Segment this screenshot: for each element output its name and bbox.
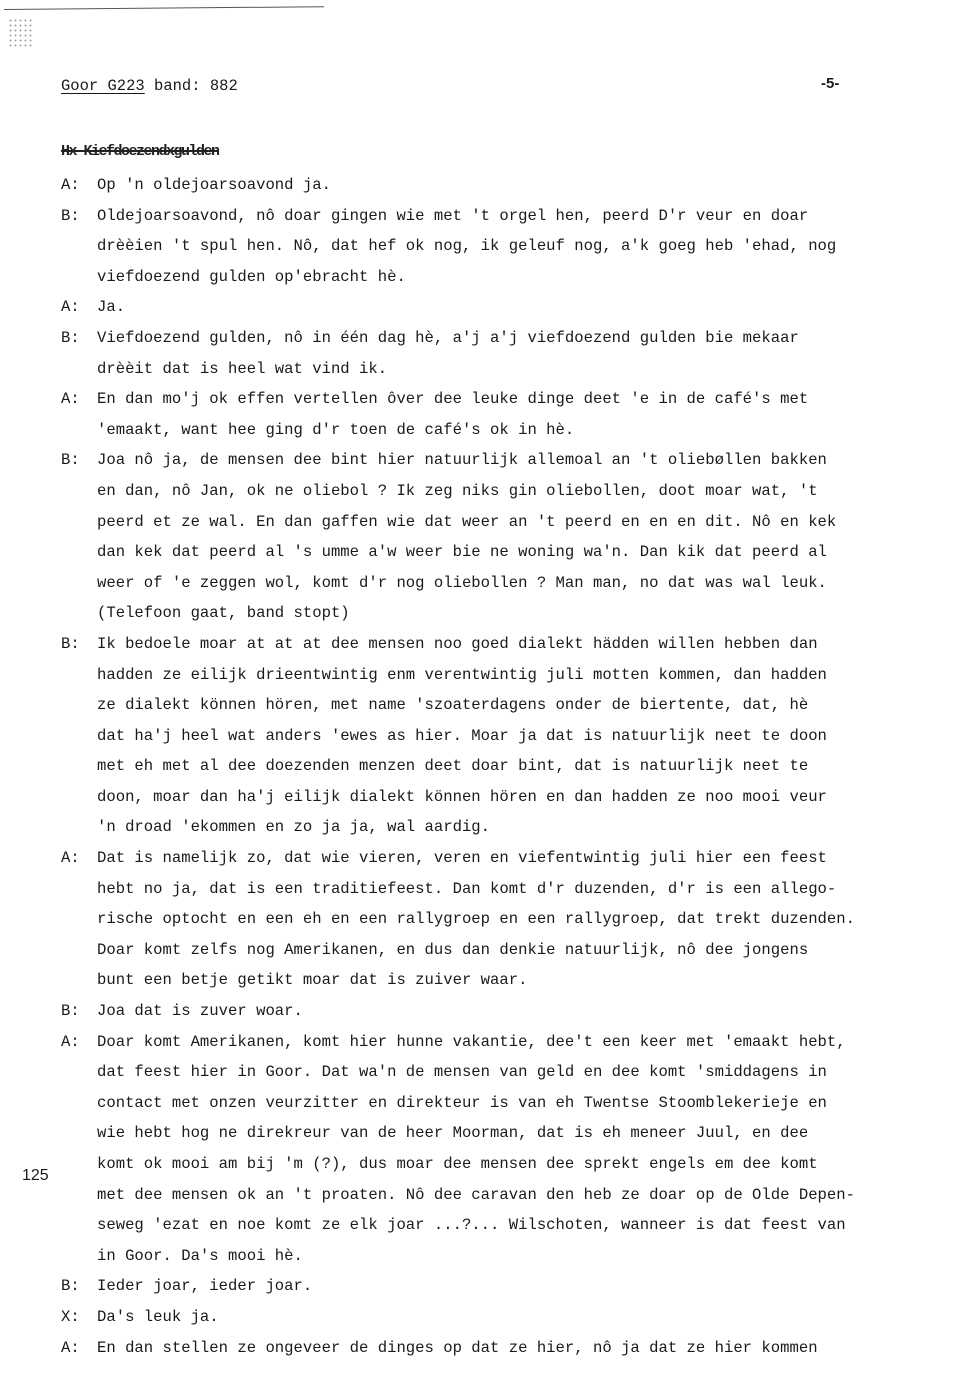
line-text: Da's leuk ja. <box>97 1308 219 1326</box>
line-text: met eh met al dee doezenden menzen deet … <box>97 757 808 775</box>
transcript-line: seweg 'ezat en noe komt ze elk joar ...?… <box>61 1210 961 1241</box>
transcript-line: dat ha'j heel wat anders 'ewes as hier. … <box>61 721 961 752</box>
line-text: 'emaakt, want hee ging d'r toen de café'… <box>97 421 574 439</box>
typewritten-page: Goor G223 band: 882 -5- Hx Kiefdoezendxg… <box>0 0 966 1390</box>
document-reference: Goor G223 <box>61 77 145 95</box>
transcript-line: B:Joa nô ja, de mensen dee bint hier nat… <box>61 445 961 476</box>
transcript-line: peerd et ze wal. En dan gaffen wie dat w… <box>61 507 961 538</box>
transcript-line: in Goor. Da's mooi hè. <box>61 1241 961 1272</box>
speaker-label: X: <box>61 1302 97 1333</box>
transcript-line: B:Ieder joar, ieder joar. <box>61 1271 961 1302</box>
line-text: viefdoezend gulden op'ebracht hè. <box>97 268 406 286</box>
transcript-line: B:Viefdoezend gulden, nô in één dag hè, … <box>61 323 961 354</box>
speaker-label: B: <box>61 201 97 232</box>
ink-speckle <box>8 18 34 48</box>
line-text: 'n droad 'ekommen en zo ja ja, wal aardi… <box>97 818 490 836</box>
transcript-line: en dan, nô Jan, ok ne oliebol ? Ik zeg n… <box>61 476 961 507</box>
line-text: seweg 'ezat en noe komt ze elk joar ...?… <box>97 1216 846 1234</box>
transcript-line: dat feest hier in Goor. Dat wa'n de mens… <box>61 1057 961 1088</box>
transcript-line: viefdoezend gulden op'ebracht hè. <box>61 262 961 293</box>
speaker-label: A: <box>61 1333 97 1364</box>
line-text: Joa nô ja, de mensen dee bint hier natuu… <box>97 451 827 469</box>
speaker-label: B: <box>61 1271 97 1302</box>
page-number: -5- <box>821 75 839 92</box>
transcript-line: A:En dan mo'j ok effen vertellen ôver de… <box>61 384 961 415</box>
transcript-line: komt ok mooi am bij 'm (?), dus moar dee… <box>61 1149 961 1180</box>
line-text: ze dialekt können hören, met name 'szoat… <box>97 696 808 714</box>
speaker-label: B: <box>61 629 97 660</box>
line-text: dat ha'j heel wat anders 'ewes as hier. … <box>97 727 827 745</box>
speaker-label: A: <box>61 843 97 874</box>
line-text: hadden ze eilijk drieentwintig enm veren… <box>97 666 827 684</box>
line-text: Doar komt zelfs nog Amerikanen, en dus d… <box>97 941 808 959</box>
line-text: Oldejoarsoavond, nô doar gingen wie met … <box>97 207 808 225</box>
transcript-line: hebt no ja, dat is een traditiefeest. Da… <box>61 874 961 905</box>
line-text: en dan, nô Jan, ok ne oliebol ? Ik zeg n… <box>97 482 818 500</box>
line-text: komt ok mooi am bij 'm (?), dus moar dee… <box>97 1155 818 1173</box>
line-text: En dan mo'j ok effen vertellen ôver dee … <box>97 390 808 408</box>
transcript-line: drèèit dat is heel wat vind ik. <box>61 354 961 385</box>
line-text: rische optocht en een eh en een rallygro… <box>97 910 855 928</box>
speaker-label: B: <box>61 445 97 476</box>
page-header: Goor G223 band: 882 -5- <box>61 77 966 101</box>
transcript-line: doon, moar dan ha'j eilijk dialekt könne… <box>61 782 961 813</box>
line-text: En dan stellen ze ongeveer de dinges op … <box>97 1339 818 1357</box>
line-text: drèèit dat is heel wat vind ik. <box>97 360 387 378</box>
line-text: Viefdoezend gulden, nô in één dag hè, a'… <box>97 329 799 347</box>
line-text: Ik bedoele moar at at at dee mensen noo … <box>97 635 818 653</box>
transcript-line: drèèien 't spul hen. Nô, dat hef ok nog,… <box>61 231 961 262</box>
band-label: band: <box>154 77 201 95</box>
transcript-line: Doar komt zelfs nog Amerikanen, en dus d… <box>61 935 961 966</box>
transcript-line: B:Oldejoarsoavond, nô doar gingen wie me… <box>61 201 961 232</box>
transcript-line: A:Doar komt Amerikanen, komt hier hunne … <box>61 1027 961 1058</box>
line-text: Doar komt Amerikanen, komt hier hunne va… <box>97 1033 846 1051</box>
top-rule-line <box>4 6 324 10</box>
line-text: wie hebt hog ne direkreur van de heer Mo… <box>97 1124 808 1142</box>
transcript-line: (Telefoon gaat, band stopt) <box>61 598 961 629</box>
transcript-line: met dee mensen ok an 't proaten. Nô dee … <box>61 1180 961 1211</box>
line-text: met dee mensen ok an 't proaten. Nô dee … <box>97 1186 855 1204</box>
transcript-line: X:Da's leuk ja. <box>61 1302 961 1333</box>
struck-out-line: Hx Kiefdoezendxgulden <box>61 143 219 160</box>
transcript-line: 'n droad 'ekommen en zo ja ja, wal aardi… <box>61 812 961 843</box>
transcript-line: B:Ik bedoele moar at at at dee mensen no… <box>61 629 961 660</box>
transcript-line: 'emaakt, want hee ging d'r toen de café'… <box>61 415 961 446</box>
transcript-body: A:Op 'n oldejoarsoavond ja.B:Oldejoarsoa… <box>61 170 961 1363</box>
transcript-line: ze dialekt können hören, met name 'szoat… <box>61 690 961 721</box>
speaker-label: B: <box>61 323 97 354</box>
transcript-line: B:Joa dat is zuver woar. <box>61 996 961 1027</box>
line-text: weer of 'e zeggen wol, komt d'r nog olie… <box>97 574 827 592</box>
transcript-line: weer of 'e zeggen wol, komt d'r nog olie… <box>61 568 961 599</box>
line-text: in Goor. Da's mooi hè. <box>97 1247 303 1265</box>
speaker-label: A: <box>61 170 97 201</box>
transcript-line: bunt een betje getikt moar dat is zuiver… <box>61 965 961 996</box>
margin-counter-note: 125 <box>22 1167 49 1185</box>
transcript-line: dan kek dat peerd al 's umme a'w weer bi… <box>61 537 961 568</box>
transcript-line: A:Ja. <box>61 292 961 323</box>
line-text: Op 'n oldejoarsoavond ja. <box>97 176 331 194</box>
transcript-line: A:Op 'n oldejoarsoavond ja. <box>61 170 961 201</box>
line-text: peerd et ze wal. En dan gaffen wie dat w… <box>97 513 836 531</box>
line-text: Ieder joar, ieder joar. <box>97 1277 312 1295</box>
transcript-line: contact met onzen veurzitter en direkteu… <box>61 1088 961 1119</box>
transcript-line: wie hebt hog ne direkreur van de heer Mo… <box>61 1118 961 1149</box>
line-text: dan kek dat peerd al 's umme a'w weer bi… <box>97 543 827 561</box>
line-text: Ja. <box>97 298 125 316</box>
speaker-label: B: <box>61 996 97 1027</box>
line-text: Dat is namelijk zo, dat wie vieren, vere… <box>97 849 827 867</box>
line-text: doon, moar dan ha'j eilijk dialekt könne… <box>97 788 827 806</box>
line-text: Joa dat is zuver woar. <box>97 1002 303 1020</box>
transcript-line: A:Dat is namelijk zo, dat wie vieren, ve… <box>61 843 961 874</box>
line-text: hebt no ja, dat is een traditiefeest. Da… <box>97 880 836 898</box>
band-number: 882 <box>210 77 238 95</box>
line-text: contact met onzen veurzitter en direkteu… <box>97 1094 827 1112</box>
transcript-line: rische optocht en een eh en een rallygro… <box>61 904 961 935</box>
line-text: bunt een betje getikt moar dat is zuiver… <box>97 971 527 989</box>
transcript-line: A:En dan stellen ze ongeveer de dinges o… <box>61 1333 961 1364</box>
line-text: drèèien 't spul hen. Nô, dat hef ok nog,… <box>97 237 836 255</box>
line-text: dat feest hier in Goor. Dat wa'n de mens… <box>97 1063 827 1081</box>
transcript-line: met eh met al dee doezenden menzen deet … <box>61 751 961 782</box>
line-text: (Telefoon gaat, band stopt) <box>97 604 350 622</box>
speaker-label: A: <box>61 384 97 415</box>
speaker-label: A: <box>61 1027 97 1058</box>
speaker-label: A: <box>61 292 97 323</box>
transcript-line: hadden ze eilijk drieentwintig enm veren… <box>61 660 961 691</box>
